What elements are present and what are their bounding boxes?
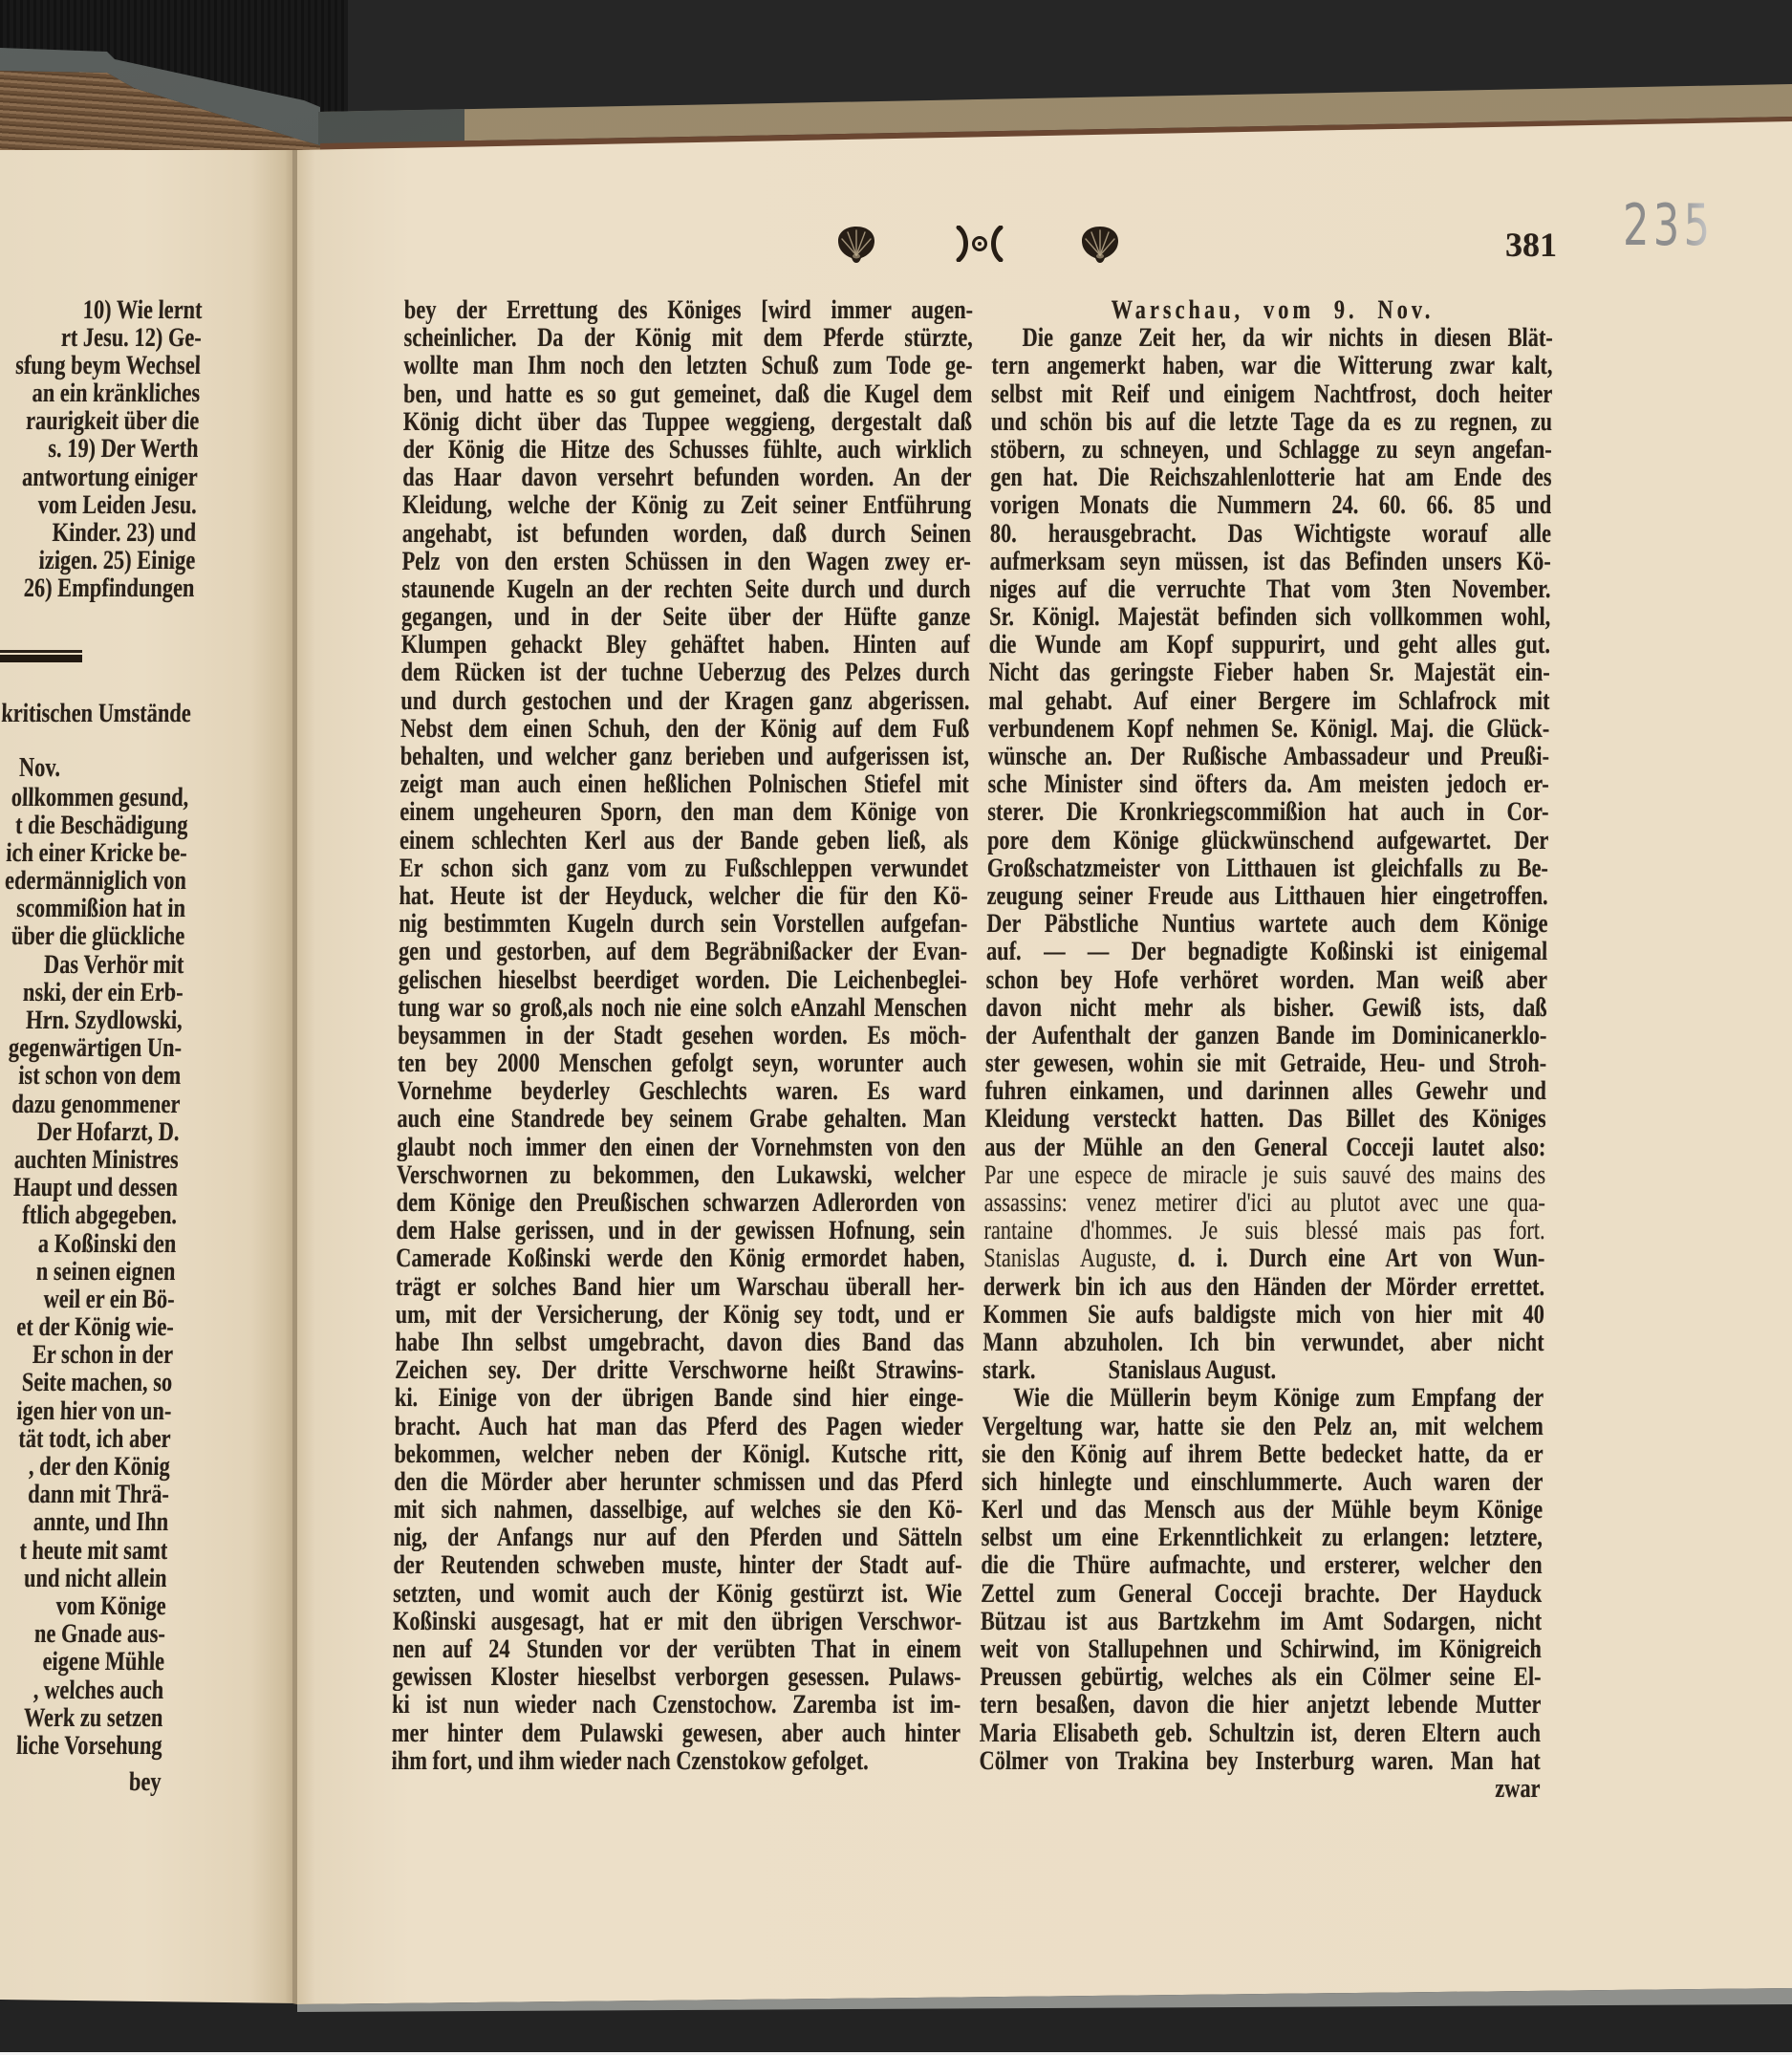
text-line: annte, und Ihn [0,1508,169,1536]
text-line: bekommen, welcher neben der Königl. Kuts… [394,1439,962,1467]
text-line: aus der Mühle an den General Cocceji lau… [984,1133,1545,1160]
text-line: gegangen, und in der Seite über der Hüft… [401,603,970,631]
text-line: nen auf 24 Stunden vor der verübten That… [393,1635,961,1663]
text-line: t heute mit samt [0,1537,168,1565]
text-line: gen und gestorben, auf dem Begräbnißacke… [399,938,967,965]
catchword: zwar [979,1774,1540,1802]
text-line: um, mit der Versicherung, der König sey … [396,1300,964,1328]
section-divider-rule [0,650,82,662]
shell-ornament-icon [835,226,877,264]
text-line: an ein kränkliches [14,379,201,407]
text-line: Nebst dem einen Schuh, den der König auf… [400,714,969,742]
text-line: scheinlicher. Da der König mit dem Pferd… [403,324,972,352]
text-line: 80. herausgebracht. Das Wichtigste worau… [990,519,1551,547]
roman-text-run: Stanislas Auguste, [983,1244,1156,1272]
text-line: Werk zu setzen [0,1704,163,1732]
text-line: fuhren einkamen, und darinnen alles Gewe… [985,1077,1546,1105]
text-line: sterer. Die Kronkriegscommißion hat auch… [987,798,1548,826]
text-line: ki. Einige von der übrigen Bande sind hi… [395,1384,963,1412]
text-line: der Reutenden schweben muste, hinter der… [393,1551,961,1579]
text-line: sche Minister sind öfters da. Am meisten… [987,770,1548,798]
text-line: habe Ihn selbst umgebracht, davon dies B… [395,1328,963,1355]
text-line: zeugung seiner Freude aus Litthauen hier… [986,881,1547,909]
text-line: rt Jesu. 12) Ge- [16,324,203,352]
text-line: Bützau ist aus Bartzkehm im Amt Sodargen… [981,1607,1542,1634]
text-line: selbst um eine Erkenntlichkeit zu erlang… [982,1524,1543,1551]
text-line: nig bestimmten Kugeln durch sein Vorstel… [399,910,967,938]
text-line: und schön bis auf die letzte Tage da es … [991,407,1552,435]
text-line: Par une espece de miracle je suis sauvé … [984,1160,1545,1188]
text-line: rantaine d'hommes. Je suis blessé mais p… [983,1217,1544,1244]
text-line: s. 19) Der Werth [12,435,199,463]
dateline-heading: Warschau, vom 9. Nov. [992,296,1553,324]
text-line: derwerk bin ich aus den Händen der Mörde… [983,1272,1544,1300]
text-line: dem Könige den Preußischen schwarzen Adl… [397,1189,965,1217]
text-line: vom Könige [0,1592,166,1620]
text-line: trägt er solches Band hier um Warschau ü… [396,1272,964,1300]
text-line: ist schon von dem [0,1062,182,1090]
text-line: schon bey Hofe verhöret worden. Man weiß… [986,965,1547,993]
text-line: Vergeltung war, hatte sie den Pelz an, m… [982,1412,1544,1439]
text-line: Kleidung versteckt hatten. Das Billet de… [984,1105,1545,1133]
text-line: izigen. 25) Einige [10,547,196,574]
text-line: die Wunde am Kopf suppurirt, und geht al… [989,631,1550,659]
text-line: ster gewesen, wohin sie mit Getraide, He… [985,1049,1546,1077]
text-line: weil er ein Bö- [0,1286,175,1313]
text-line: Maria Elisabeth geb. Schultzin ist, dere… [980,1719,1541,1746]
text-line: einem schlechten Kerl aus der Bande gebe… [399,826,968,854]
text-line: tern besaßen, davon die hier anjetzt leb… [980,1691,1541,1719]
text-line: bey der Errettung des Königes [wird imme… [404,296,973,324]
text-line: der Aufenthalt der ganzen Bande im Domin… [985,1021,1546,1049]
text-line: nski, der ein Erb- [1,979,184,1006]
text-line: edermänniglich von [5,867,187,895]
text-line: Die ganze Zeit her, da wir nichts in die… [991,324,1552,352]
text-line: , der den König [0,1453,170,1481]
text-line: der König die Hitze des Schusses fühlte,… [402,435,971,463]
text-line: Stanislas Auguste, d. i. Durch eine Art … [983,1244,1544,1272]
text-line: nig, der Anfangs nur auf den Pferden und… [394,1524,962,1551]
text-line: Großschatzmeister von Litthauen ist glei… [987,854,1548,881]
text-line: wünsche an. Der Rußische Ambassadeur und… [988,743,1549,770]
text-line: Kommen Sie aufs baldigste mich von hier … [983,1300,1544,1328]
text-line: angehabt, ist befunden worden, daß durch… [402,519,971,547]
text-line: assassins: venez metirer d'ici au plutot… [984,1189,1545,1217]
text-line: Verschwornen zu bekommen, den Lukawski, … [397,1160,965,1188]
text-line: weit von Stallupehnen und Schirwind, im … [981,1635,1542,1663]
text-line: gegenwärtigen Un- [0,1034,182,1062]
text-line: die die Thüre aufmachte, und ersterer, w… [981,1551,1542,1579]
text-line: dem Halse gerissen, und in der gewissen … [396,1217,964,1244]
text-line: ich einer Kricke be- [6,839,188,867]
text-line: glaubt noch immer den einen der Vornehms… [397,1133,965,1160]
text-line: raurigkeit über die [13,407,200,435]
text-line: Koßinski ausgesagt, hat er mit den übrig… [393,1607,961,1634]
text-line: das Haar davon versehrt befunden worden.… [402,464,971,491]
text-line: aufmerksam seyn müssen, ist das Befinden… [989,547,1550,574]
text-line: dann mit Thrä- [0,1481,169,1508]
text-line: 26) Empfindungen [9,574,195,602]
left-page-text-block: ollkommen gesund,t die Beschädigungich e… [0,784,189,1761]
text-line: ihm fort, und ihm wieder nach Czenstokow… [392,1746,961,1774]
left-column: bey der Errettung des Königes [wird imme… [392,296,974,1775]
text-line: a Koßinski den [0,1230,177,1258]
dateline-fragment: Nov. [19,754,60,782]
text-line: mer hinter dem Pulawski gewesen, aber au… [392,1719,961,1746]
text-line: tung war so groß,als noch nie eine solch… [398,993,966,1021]
text-line: Hrn. Szydlowski, [1,1006,184,1034]
text-line: gelischen hieselbst beerdiget worden. Di… [399,965,967,993]
text-line: und durch gestochen und der Kragen ganz … [400,686,969,714]
handwritten-folio-number: 235 [1623,197,1714,254]
text-line: auchten Ministres [0,1146,179,1174]
text-line: auch eine Standrede bey seinem Grabe geh… [397,1105,965,1133]
text-line: sich hinlegte und einschlummerte. Auch w… [982,1467,1543,1495]
text-line: bracht. Auch hat man das Pferd des Pagen… [395,1412,963,1439]
text-line: Mann abzuholen. Ich bin verwundet, aber … [982,1328,1544,1355]
text-line: ki ist nun wieder nach Czenstochow. Zare… [392,1691,961,1719]
text-line: Der Päbstliche Nuntius wartete auch dem … [986,910,1547,938]
text-line: einem ungeheuren Sporn, den man dem Köni… [399,798,968,826]
text-line: eigene Mühle [0,1648,164,1676]
text-run: Stanislaus August. [1108,1356,1276,1384]
text-line: Nicht das geringste Fieber haben Sr. Maj… [988,659,1549,686]
text-line: dem Rücken ist der tuchne Ueberzug des P… [400,659,969,686]
text-line: Sr. Königl. Majestät befinden sich vollk… [989,603,1550,631]
text-line: Wie die Müllerin beym Könige zum Empfang… [982,1384,1544,1412]
text-line: den die Mörder aber herunter schmissen u… [394,1467,962,1495]
right-column: Warschau, vom 9. Nov. Die ganze Zeit her… [979,296,1553,1803]
section-heading: kritischen Umstände [1,700,191,727]
text-line: behalten, und welcher ganz berieben und … [400,743,969,770]
text-line: gewissen Kloster hieselbst verborgen ges… [392,1663,961,1691]
text-line: scommißion hat in [4,895,186,922]
text-line: davon nicht mehr als bisher. Gewiß ists,… [985,993,1546,1021]
text-line: sie den König auf ihrem Bette bedecket h… [982,1439,1543,1467]
text-line: mal gehabt. Auf einer Bergere im Schlafr… [988,686,1549,714]
text-line: verbundenem Kopf nehmen Se. Königl. Maj.… [988,714,1549,742]
text-line: tät todt, ich aber [0,1425,171,1453]
text-line: hat. Heute ist der Heyduck, welcher die … [399,881,967,909]
catchword: bey [129,1768,162,1796]
text-line: t die Beschädigung [6,811,188,839]
text-line: dazu genommener [0,1091,181,1118]
text-line: auf. — — Der begnadigte Koßinski ist ein… [986,938,1547,965]
text-line: Kleidung, welche der König zu Zeit seine… [402,491,971,519]
text-line: liche Vorsehung [0,1732,162,1760]
text-line: mit sich nahmen, dasselbige, auf welches… [394,1496,962,1524]
text-line: Er schon sich ganz vom zu Fußschleppen v… [399,854,968,881]
text-line: 10) Wie lernt [16,296,203,324]
text-line: ten bey 2000 Menschen gefolgt seyn, woru… [398,1049,966,1077]
text-line: und nicht allein [0,1565,167,1592]
text-line: ollkommen gesund, [7,784,189,811]
text-line: Vornehme beyderley Geschlechts waren. Es… [398,1077,966,1105]
text-line: Das Verhör mit [2,951,184,979]
text-run: stark. [982,1356,1036,1384]
bracket-ornament-icon [954,226,1005,262]
text-line: vorigen Monats die Nummern 24. 60. 66. 8… [990,491,1551,519]
text-line: , welches auch [0,1676,164,1704]
text-line: ftlich abgegeben. [0,1201,178,1229]
text-line: n seinen eignen [0,1258,176,1286]
text-line: gen hat. Die Reichszahlenlotterie hat am… [990,464,1551,491]
shell-ornament-icon [1079,226,1121,264]
text-line: Zettel zum General Cocceji brachte. Der … [981,1579,1542,1607]
left-page-text-block: 10) Wie lerntrt Jesu. 12) Ge-sfung beym … [9,296,203,603]
text-run: d. i. Durch eine Art von Wun- [1156,1244,1544,1272]
text-line: Der Hofarzt, D. [0,1118,180,1146]
text-line: niges auf die verruchte That vom 3ten No… [989,574,1550,602]
text-line: zeigt man auch einen heßlichen Polnische… [399,770,968,798]
text-line: stöbern, zu schneyen, und Schlagge zu se… [990,435,1551,463]
text-line: wollte man Ihm noch den letzten Schuß zu… [403,352,972,379]
text-line: tern angemerkt haben, war die Witterung … [991,352,1552,379]
text-line: stark.Stanislaus August. [982,1356,1544,1384]
text-line: Cölmer von Trakina bey Insterburg waren.… [980,1746,1541,1774]
text-line: Zeichen sey. Der dritte Verschworne heiß… [395,1356,963,1384]
text-line: Kinder. 23) und [11,519,197,547]
text-line: vom Leiden Jesu. [11,491,198,519]
text-line: ben, und hatte es so gut gemeinet, daß d… [403,379,972,407]
text-line: selbst mit Reif und einigem Nachtfrost, … [991,379,1552,407]
text-line: staunende Kugeln an der rechten Seite du… [401,574,970,602]
text-line: über die glückliche [3,922,185,950]
text-line: antwortung einiger [12,464,199,491]
text-line: beysammen in der Stadt gesehen worden. E… [398,1021,966,1049]
text-line: Camerade Koßinski werde den König ermord… [396,1244,964,1272]
text-line: Haupt und dessen [0,1174,178,1201]
text-line: igen hier von un- [0,1397,172,1425]
text-line: Kerl und das Mensch aus der Mühle beym K… [982,1496,1543,1524]
text-line: sfung beym Wechsel [15,352,202,379]
text-line: Pelz von den ersten Schüssen in den Wage… [401,547,970,574]
text-line: ne Gnade aus- [0,1620,165,1648]
page-number: 381 [1505,227,1557,262]
text-line: Klumpen gehackt Bley gehäftet haben. Hin… [401,631,970,659]
text-line: et der König wie- [0,1313,174,1341]
text-line: Er schon in der [0,1341,173,1369]
text-line: setzten, und womit auch der König gestür… [393,1579,961,1607]
text-line: König dicht über das Tuppee weggieng, de… [403,407,972,435]
text-line: pore dem Könige glückwünschend aufgewart… [987,826,1548,854]
text-line: Preussen gebürtig, welches als ein Cölme… [980,1663,1541,1691]
text-line: Seite machen, so [0,1369,173,1396]
